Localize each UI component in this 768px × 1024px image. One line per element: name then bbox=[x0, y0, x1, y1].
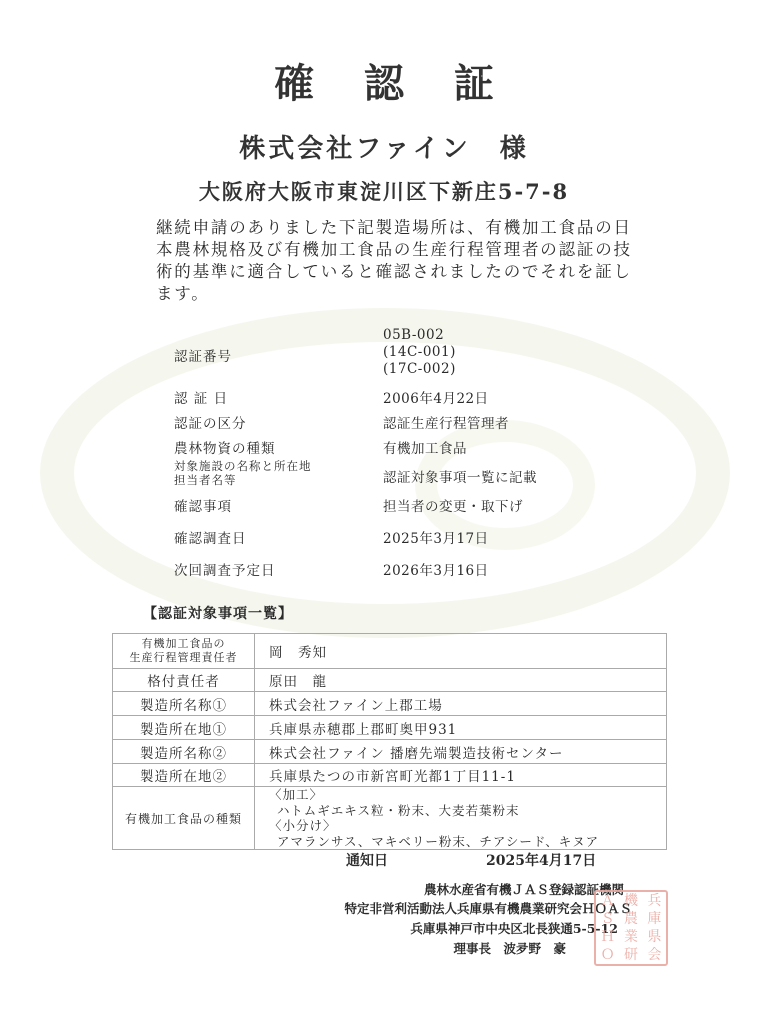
label-line1: 有機加工食品の bbox=[113, 637, 254, 651]
table-label-cell: 製造所在地② bbox=[113, 764, 255, 787]
table-row: 製造所名称① 株式会社ファイン上郡工場 bbox=[113, 692, 667, 716]
issuer-line-2: 特定非営利活動法人兵庫県有機農業研究会ＨＯＡＳ bbox=[344, 899, 632, 917]
table-label-cell: 有機加工食品の種類 bbox=[113, 787, 255, 850]
document-title: 確 認 証 bbox=[0, 52, 768, 109]
certification-statement: 継続申請のありました下記製造場所は、有機加工食品の日本農林規格及び有機加工食品の… bbox=[156, 217, 634, 305]
table-value-cell: 原田 龍 bbox=[255, 669, 667, 692]
table-row: 製造所在地① 兵庫県赤穂郡上郡町奥甲931 bbox=[113, 716, 667, 740]
info-label: 認 証 日 bbox=[174, 387, 228, 407]
table-value-cell: 岡 秀知 bbox=[255, 634, 667, 669]
seal-char: 県 bbox=[643, 928, 666, 946]
info-label: 確認調査日 bbox=[174, 527, 247, 547]
seal-char: Ｏ bbox=[596, 946, 619, 964]
recipient-name: 株式会社ファイン 様 bbox=[0, 128, 768, 165]
table-label-cell: 格付責任者 bbox=[113, 669, 255, 692]
official-seal-stamp: Ａ 機 兵 Ｓ 農 庫 Ｈ 業 県 Ｏ 研 会 bbox=[594, 890, 668, 966]
cert-number-alt-2: (17C-002) bbox=[383, 361, 456, 378]
info-value: 2025年3月17日 bbox=[383, 527, 489, 547]
facility-label-line1: 対象施設の名称と所在地 bbox=[174, 459, 312, 473]
seal-char: Ａ bbox=[596, 892, 619, 910]
seal-char: Ｈ bbox=[596, 928, 619, 946]
certified-items-table: 有機加工食品の 生産行程管理責任者 岡 秀知 格付責任者 原田 龍 製造所名称①… bbox=[112, 633, 667, 850]
issuer-line-3: 兵庫県神戸市中央区北長狭通5-5-12 bbox=[410, 919, 618, 937]
cert-number-alt-1: (14C-001) bbox=[383, 344, 456, 361]
table-value-cell: 株式会社ファイン上郡工場 bbox=[255, 692, 667, 716]
table-label-cell: 有機加工食品の 生産行程管理責任者 bbox=[113, 634, 255, 669]
title-dot bbox=[481, 75, 483, 77]
kinds-cell: 〈加工〉 ハトムギエキス粒・粉末、大麦若葉粉末 〈小分け〉 アマランサス、マキベ… bbox=[255, 787, 667, 850]
repacking-items: アマランサス、マキベリー粉末、チアシード、キヌア bbox=[269, 834, 666, 850]
seal-char: Ｓ bbox=[596, 910, 619, 928]
table-label-cell: 製造所名称① bbox=[113, 692, 255, 716]
info-label: 認証番号 bbox=[174, 345, 232, 365]
table-row: 製造所名称② 株式会社ファイン 播磨先端製造技術センター bbox=[113, 740, 667, 764]
seal-char: 農 bbox=[619, 910, 642, 928]
table-row: 製造所在地② 兵庫県たつの市新宮町光都1丁目11-1 bbox=[113, 764, 667, 787]
info-value: 担当者の変更・取下げ bbox=[383, 495, 523, 515]
table-value-cell: 兵庫県たつの市新宮町光都1丁目11-1 bbox=[255, 764, 667, 787]
info-label: 認証の区分 bbox=[174, 412, 247, 432]
processing-items: ハトムギエキス粒・粉末、大麦若葉粉末 bbox=[269, 803, 666, 819]
info-cert-number: 認証番号 05B-002 (14C-001) (17C-002) bbox=[174, 327, 634, 379]
items-list-title: 【認証対象事項一覧】 bbox=[143, 603, 293, 623]
repacking-heading: 〈小分け〉 bbox=[269, 818, 666, 834]
seal-char: 研 bbox=[619, 946, 642, 964]
table-value-cell: 兵庫県赤穂郡上郡町奥甲931 bbox=[255, 716, 667, 740]
table-label-cell: 製造所在地① bbox=[113, 716, 255, 740]
recipient-address: 大阪府大阪市東淀川区下新庄5-7-8 bbox=[0, 176, 768, 206]
info-label: 次回調査予定日 bbox=[174, 559, 276, 579]
notice-date: 2025年4月17日 bbox=[486, 850, 596, 870]
info-value: 2006年4月22日 bbox=[383, 387, 489, 407]
table-value-cell: 株式会社ファイン 播磨先端製造技術センター bbox=[255, 740, 667, 764]
info-value: 2026年3月16日 bbox=[383, 559, 489, 579]
seal-char: 庫 bbox=[643, 910, 666, 928]
seal-char: 会 bbox=[643, 946, 666, 964]
table-row-kinds: 有機加工食品の種類 〈加工〉 ハトムギエキス粒・粉末、大麦若葉粉末 〈小分け〉 … bbox=[113, 787, 667, 850]
info-label: 確認事項 bbox=[174, 495, 232, 515]
seal-char: 兵 bbox=[643, 892, 666, 910]
table-row: 有機加工食品の 生産行程管理責任者 岡 秀知 bbox=[113, 634, 667, 669]
cert-number-primary: 05B-002 bbox=[383, 327, 456, 344]
facility-label-line2: 担当者名等 bbox=[174, 473, 312, 487]
info-label: 対象施設の名称と所在地 担当者名等 bbox=[174, 459, 312, 487]
label-line2: 生産行程管理責任者 bbox=[113, 651, 254, 665]
seal-char: 機 bbox=[619, 892, 642, 910]
info-label: 農林物資の種類 bbox=[174, 437, 276, 457]
processing-heading: 〈加工〉 bbox=[269, 787, 666, 803]
table-label-cell: 製造所名称② bbox=[113, 740, 255, 764]
issuer-line-4: 理事長 波夛野 豪 bbox=[453, 939, 566, 957]
info-value: 認証生産行程管理者 bbox=[383, 412, 509, 432]
cert-number-values: 05B-002 (14C-001) (17C-002) bbox=[383, 327, 456, 378]
seal-char: 業 bbox=[619, 928, 642, 946]
info-value: 有機加工食品 bbox=[383, 437, 467, 457]
table-row: 格付責任者 原田 龍 bbox=[113, 669, 667, 692]
notice-label: 通知日 bbox=[346, 850, 388, 870]
info-value: 認証対象事項一覧に記載 bbox=[383, 466, 537, 486]
